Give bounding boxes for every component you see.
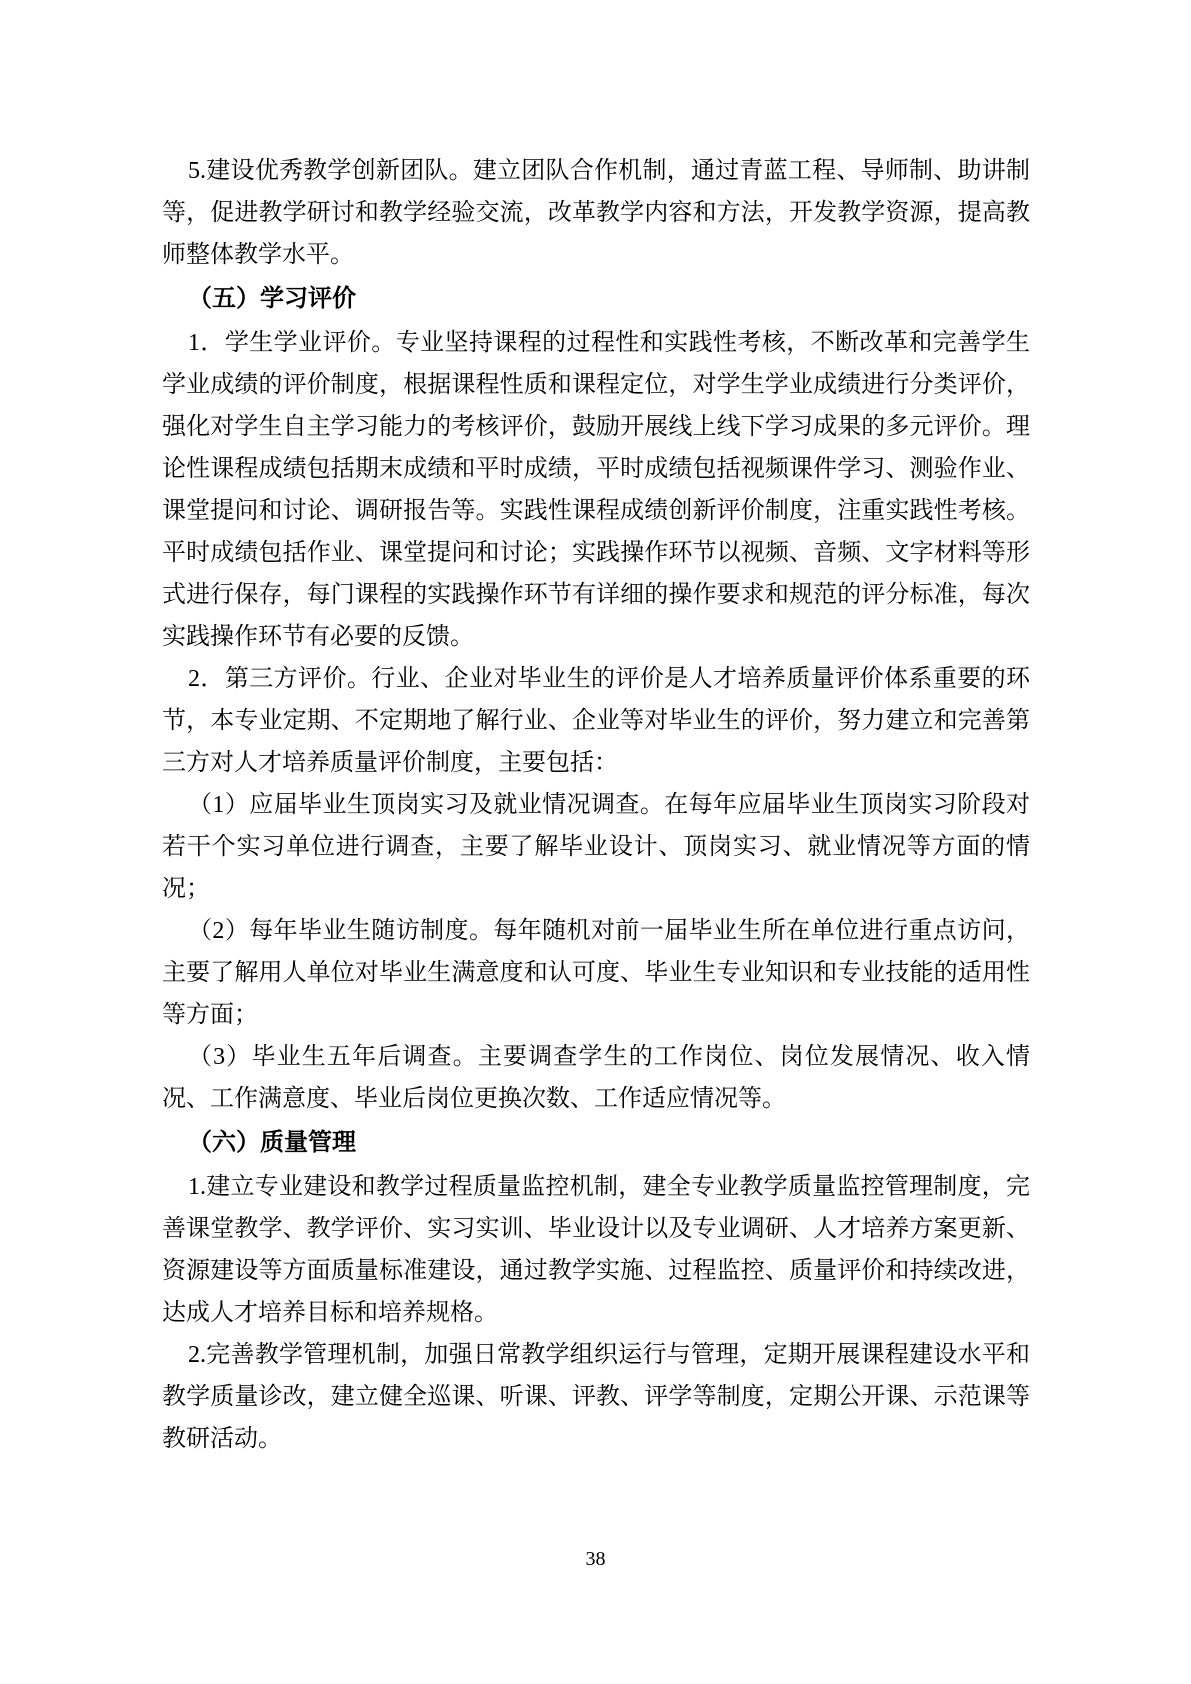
section-heading-quality-management: （六）质量管理 xyxy=(162,1122,1030,1164)
paragraph-survey-item-1: （1）应届毕业生顶岗实习及就业情况调查。在每年应届毕业生顶岗实习阶段对若干个实习… xyxy=(162,784,1030,910)
paragraph-survey-item-3: （3）毕业生五年后调查。主要调查学生的工作岗位、岗位发展情况、收入情况、工作满意… xyxy=(162,1036,1030,1120)
paragraph-survey-item-2: （2）每年毕业生随访制度。每年随机对前一届毕业生所在单位进行重点访问，主要了解用… xyxy=(162,910,1030,1036)
paragraph-student-academic-evaluation: 1．学生学业评价。专业坚持课程的过程性和实践性考核，不断改革和完善学生学业成绩的… xyxy=(162,322,1030,658)
paragraph-quality-monitoring: 1.建立专业建设和教学过程质量监控机制，建全专业教学质量监控管理制度，完善课堂教… xyxy=(162,1166,1030,1334)
paragraph-teaching-management: 2.完善教学管理机制，加强日常教学组织运行与管理，定期开展课程建设水平和教学质量… xyxy=(162,1334,1030,1460)
paragraph-third-party-evaluation: 2．第三方评价。行业、企业对毕业生的评价是人才培养质量评价体系重要的环节，本专业… xyxy=(162,658,1030,784)
page-number: 38 xyxy=(0,1548,1191,1571)
document-page: 5.建设优秀教学创新团队。建立团队合作机制，通过青蓝工程、导师制、助讲制等，促进… xyxy=(0,0,1191,1684)
section-heading-learning-evaluation: （五）学习评价 xyxy=(162,278,1030,320)
document-body: 5.建设优秀教学创新团队。建立团队合作机制，通过青蓝工程、导师制、助讲制等，促进… xyxy=(162,150,1030,1460)
paragraph-team-building: 5.建设优秀教学创新团队。建立团队合作机制，通过青蓝工程、导师制、助讲制等，促进… xyxy=(162,150,1030,276)
